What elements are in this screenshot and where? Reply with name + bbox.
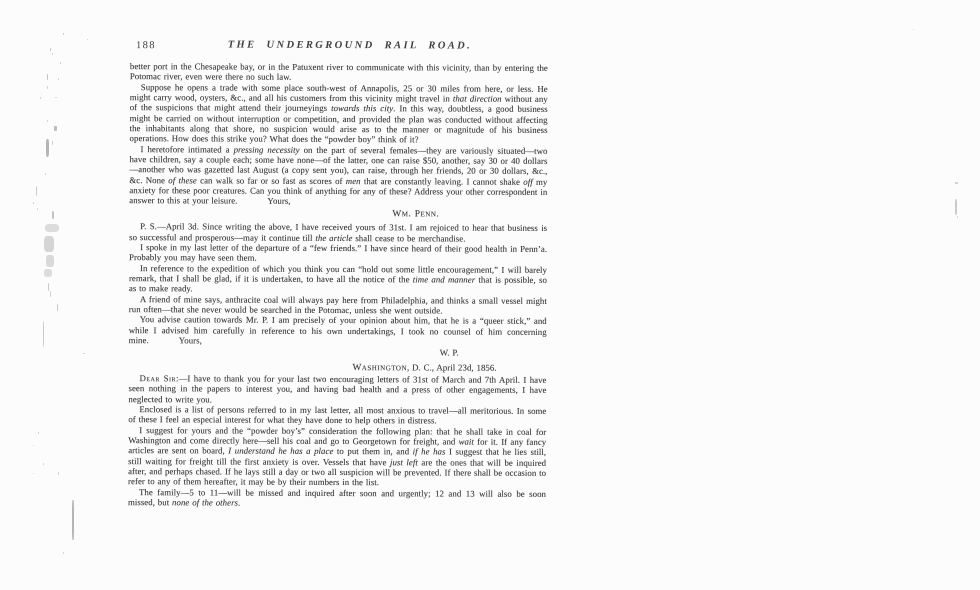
text-run: Yours, [267, 196, 290, 206]
text-run: can walk so far or so fast as scores of [197, 175, 346, 186]
scan-speck [47, 120, 48, 122]
scan-speck [72, 500, 74, 540]
text-run: just left [390, 457, 418, 467]
text-run: pressing necessity [234, 144, 300, 154]
text-run: better port in the Chesapeake bay, or in… [130, 61, 548, 82]
paragraph: A friend of mine says, anthracite coal w… [129, 294, 547, 317]
text-run: the article [315, 232, 352, 242]
scan-speck [52, 211, 54, 219]
scan-speck [63, 552, 64, 554]
scan-speck [44, 236, 54, 252]
scan-speck [33, 445, 34, 446]
scan-speck [45, 224, 59, 232]
scan-speck [913, 29, 914, 30]
text-run: Yours, [179, 335, 202, 345]
scan-speck [44, 269, 52, 277]
scan-speck [43, 463, 44, 465]
scan-speck [40, 97, 41, 99]
text-run: :—I have to thank you for your last two … [128, 373, 546, 404]
text-run: that are constantly leaving. I cannot sh… [361, 176, 524, 187]
paragraph: You advise caution towards Mr. P. I am p… [129, 314, 547, 347]
text-run: W. P. [440, 348, 459, 358]
text-run: none of the others [172, 497, 238, 507]
text-run: Wm. Penn. [392, 209, 439, 219]
paragraph: Dear Sir:—I have to thank you for your l… [128, 373, 546, 406]
text-run: that direction [453, 94, 502, 104]
scan-speck [46, 139, 49, 157]
scan-speck [83, 353, 85, 354]
signature-wm-penn: Wm. Penn. [129, 207, 547, 220]
scan-speck [50, 48, 51, 51]
scan-speck [87, 39, 88, 40]
text-run: if he has [413, 447, 446, 457]
paragraph: Suppose he opens a trade with some place… [130, 82, 548, 146]
text-run: men [346, 176, 361, 186]
text-run: to put them in, and [333, 446, 412, 456]
scan-speck [955, 199, 957, 215]
page-text: better port in the Chesapeake bay, or in… [128, 61, 548, 509]
paragraph: better port in the Chesapeake bay, or in… [130, 61, 548, 84]
scan-speck [43, 321, 44, 347]
scan-speck [57, 304, 58, 311]
paragraph: In reference to the expedition of which … [129, 263, 547, 296]
paragraph: P. S.—April 3d. Since writing the above,… [129, 221, 547, 244]
text-run: wait [459, 437, 474, 447]
scan-speck [45, 173, 46, 175]
scan-speck [60, 62, 61, 64]
scan-speck [36, 186, 37, 196]
scan-speck [47, 74, 48, 80]
scan-speck [50, 291, 51, 297]
page-content: 188 THE UNDERGROUND RAIL ROAD. better po… [128, 39, 548, 509]
text-run: Dear Sir [140, 373, 177, 383]
scan-speck [52, 141, 53, 145]
paragraph: I spoke in my last letter of the departu… [129, 242, 547, 265]
scan-speck [52, 53, 53, 55]
scan-speck [37, 208, 38, 210]
scan-speck [54, 126, 57, 131]
paragraph: I heretofore intimated a pressing necess… [129, 144, 547, 208]
text-run: . [238, 498, 240, 508]
scan-speck [58, 472, 59, 475]
scan-speck [33, 202, 34, 204]
letter-dateline: Washington, D. C., April 23d, 1856. [129, 361, 547, 374]
paragraph: I suggest for yours and the “powder boy’… [128, 425, 546, 489]
text-run: off [523, 177, 532, 187]
text-run: I understand he has a place [228, 446, 333, 456]
scan-speck [47, 86, 48, 89]
scan-speck [48, 283, 49, 291]
scanned-book-page: 188 THE UNDERGROUND RAIL ROAD. better po… [0, 0, 980, 590]
text-run: Enclosed is a list of persons referred t… [128, 404, 546, 426]
scan-speck [957, 216, 958, 218]
page-number: 188 [136, 40, 156, 51]
text-run: time and manner [413, 274, 475, 284]
scan-speck [46, 255, 54, 267]
text-run: Washington [352, 363, 407, 373]
text-run: shall cease to be merchandise. [352, 233, 465, 243]
running-header: 188 THE UNDERGROUND RAIL ROAD. [130, 39, 548, 56]
scan-speck [955, 182, 958, 184]
paragraph: The family—5 to 11—will be missed and in… [128, 487, 546, 510]
scan-speck [33, 473, 34, 474]
text-run: I spoke in my last letter of the departu… [129, 242, 547, 263]
text-run: A friend of mine says, anthracite coal w… [129, 294, 547, 316]
text-run: , D. C., April 23d, 1856. [407, 362, 497, 372]
paragraph: Enclosed is a list of persons referred t… [128, 404, 546, 427]
text-run: towards this city [331, 103, 393, 113]
scan-speck [55, 97, 57, 98]
scan-speck [38, 432, 39, 434]
scan-speck [63, 33, 64, 35]
signature-wp: W. P. [129, 346, 547, 358]
scan-speck [58, 78, 59, 80]
text-run: I heretofore intimated a [141, 144, 234, 154]
page-title: THE UNDERGROUND RAIL ROAD. [130, 39, 548, 52]
text-run: of these [168, 175, 197, 185]
